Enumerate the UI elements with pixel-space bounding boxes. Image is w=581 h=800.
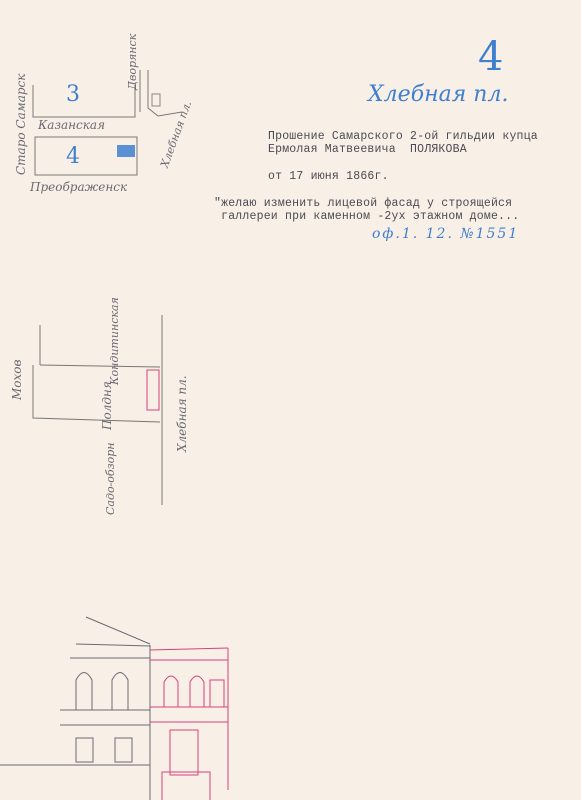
block-4-label: 4	[66, 144, 80, 169]
street-staro-samarskaya: Старо Самарск	[14, 74, 28, 175]
street-khlebnaya-middle: Хлебная пл.	[175, 375, 189, 452]
street-kazanskaya: Казанская	[38, 118, 105, 132]
street-dvoryanskaya: Дворянск	[126, 34, 139, 90]
street-mokhovaya: Мохов	[10, 360, 24, 401]
street-konditinskaya: Кондитинская	[108, 297, 121, 385]
document-page: 4 Хлебная пл. Прошение Самарского 2-ой г…	[0, 0, 581, 800]
block-3-label: 3	[66, 82, 80, 107]
label-polnya: Полдня	[100, 381, 114, 430]
street-preobrazhenskaya: Преображенск	[30, 180, 127, 194]
label-sado-obzorn: Садо-обзорн	[104, 442, 117, 515]
